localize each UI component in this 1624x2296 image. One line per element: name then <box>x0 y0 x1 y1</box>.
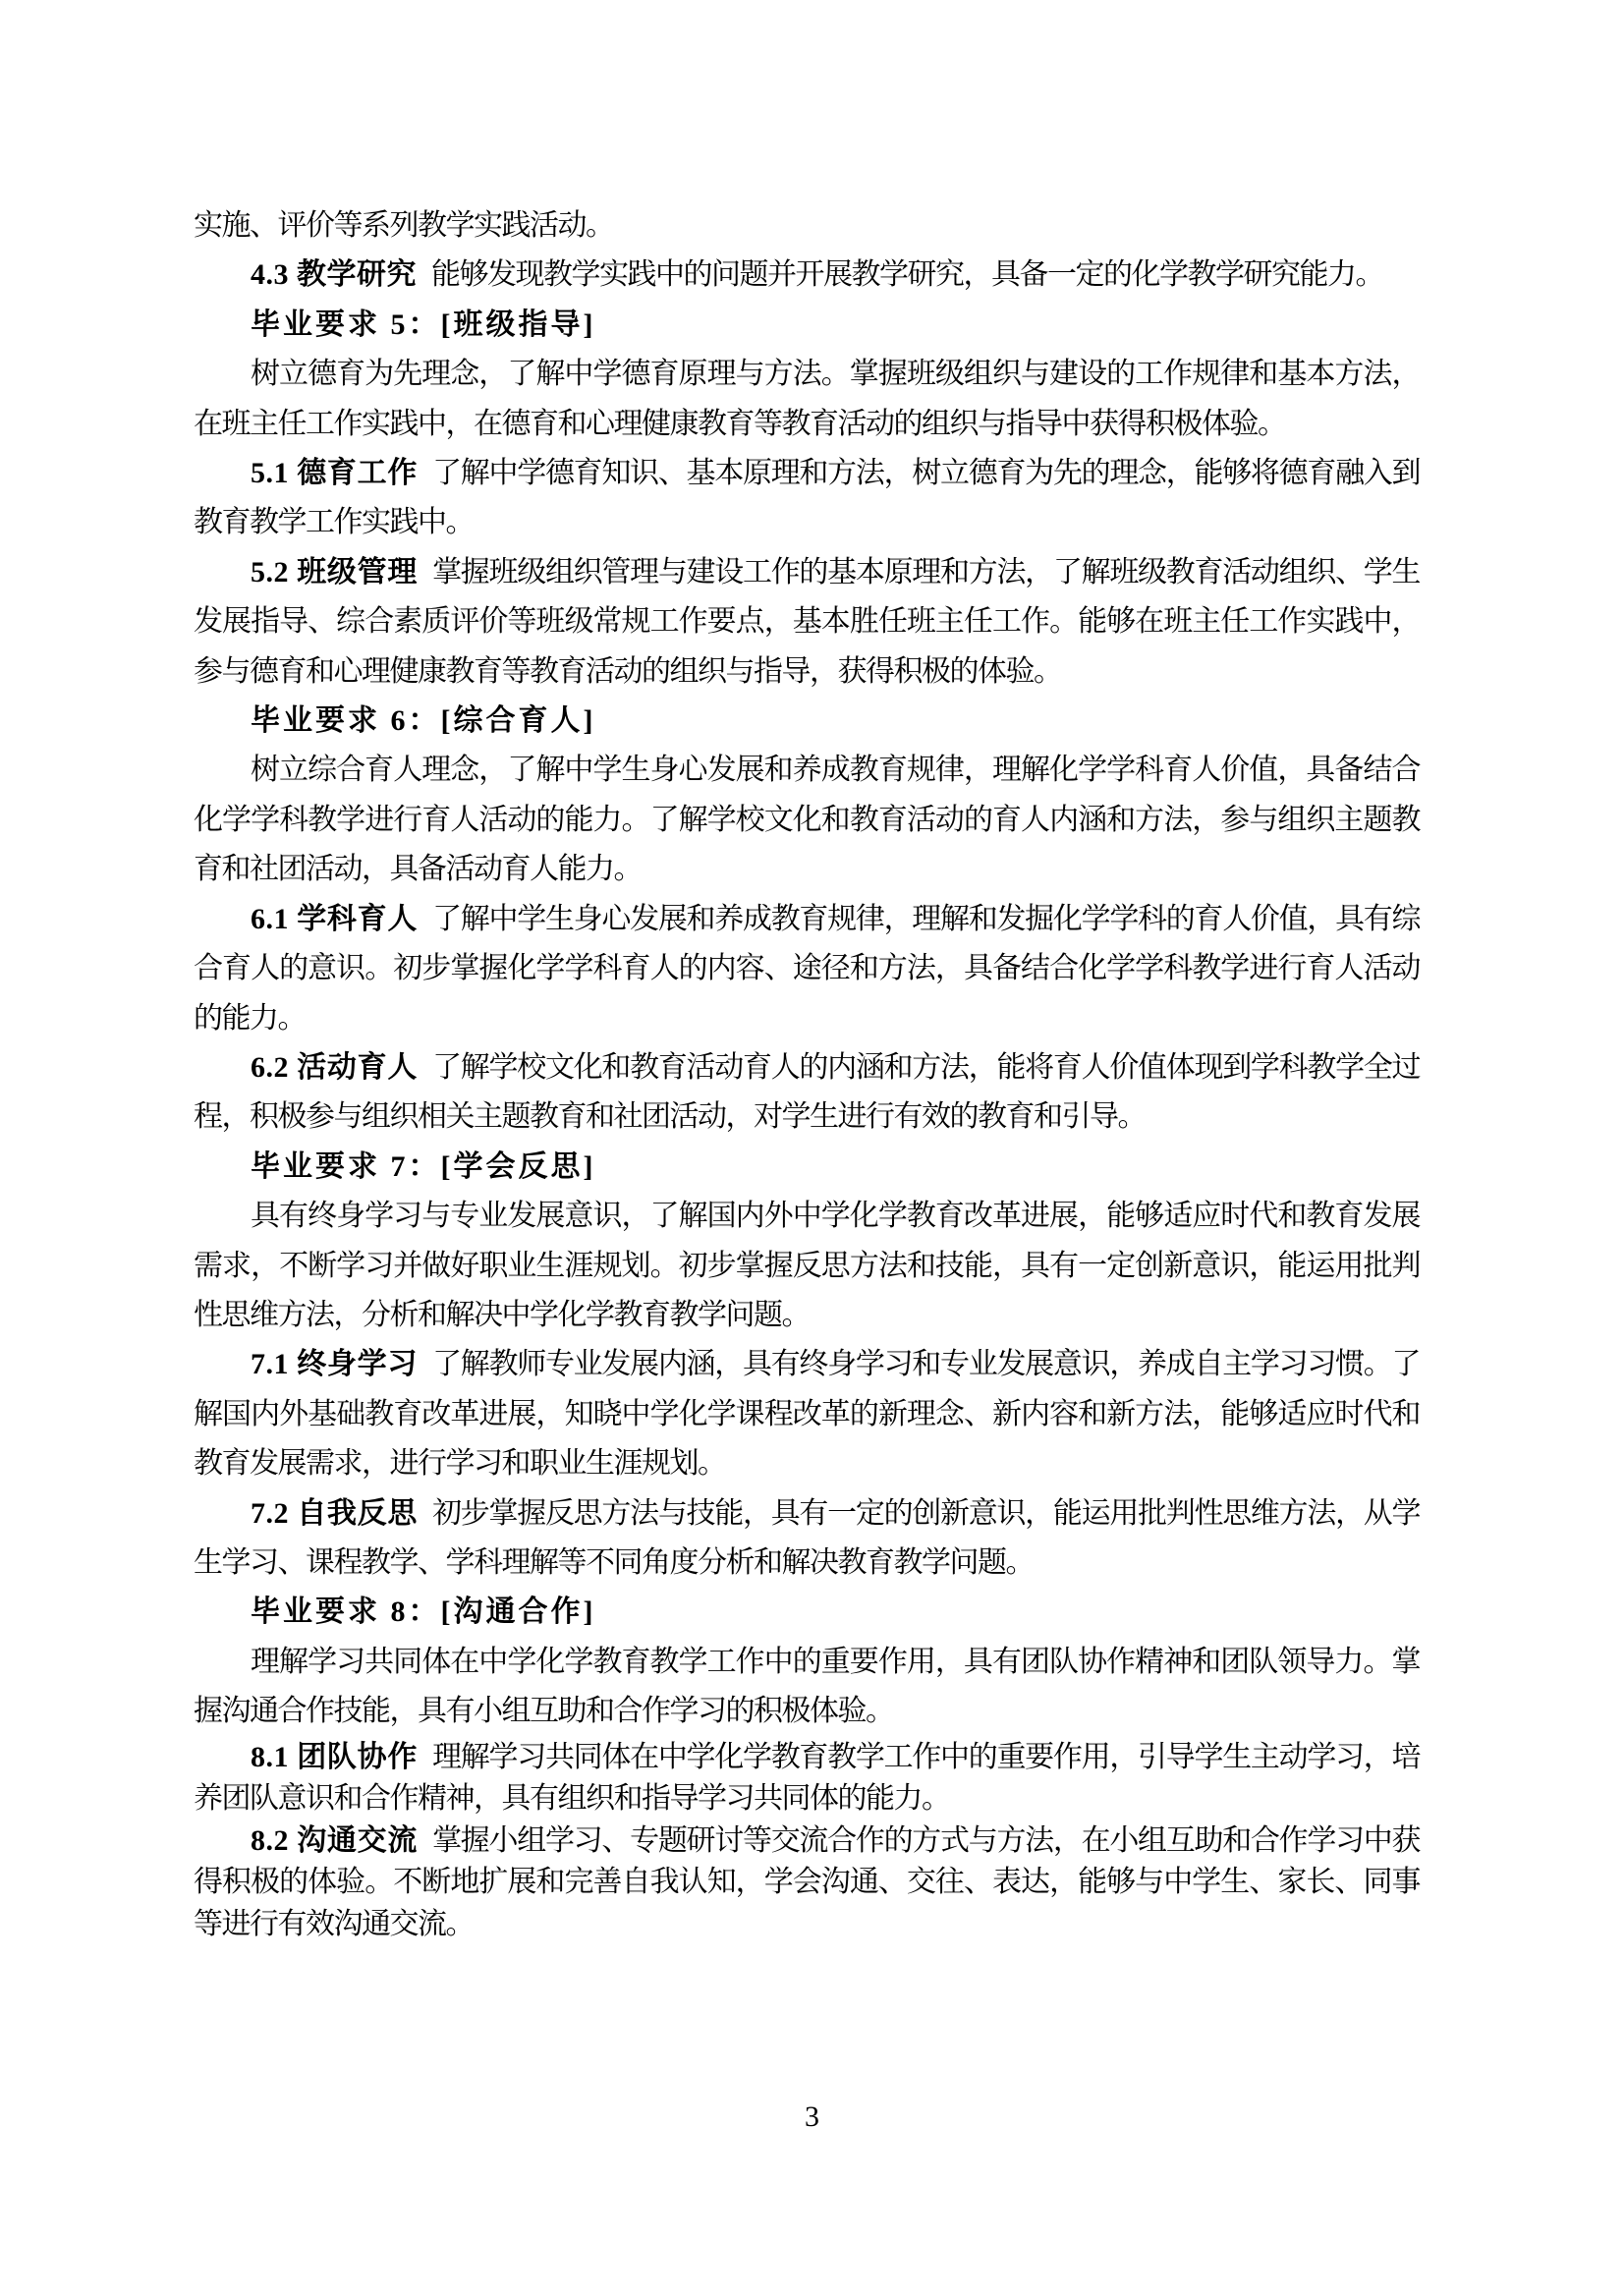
paragraph: 6.1 学科育人了解中学生身心发展和养成教育规律，理解和发掘化学学科的育人价值，… <box>194 895 1420 1043</box>
paragraph: 实施、评价等系列教学实践活动。 <box>194 201 1420 251</box>
paragraph-text: 实施、评价等系列教学实践活动。 <box>194 209 614 242</box>
paragraph-text: 树立德育为先理念，了解中学德育原理与方法。掌握班级组织与建设的工作规律和基本方法… <box>194 358 1420 439</box>
heading-text: 毕业要求 8：[沟通合作] <box>251 1596 595 1628</box>
section-heading: 毕业要求 7：[学会反思] <box>194 1143 1420 1192</box>
paragraph-text: 理解学习共同体在中学化学教育教学工作中的重要作用，具有团队协作精神和团队领导力。… <box>194 1646 1420 1727</box>
paragraph: 4.3 教学研究能够发现教学实践中的问题并开展教学研究，具备一定的化学教学研究能… <box>194 251 1420 300</box>
paragraph: 8.2 沟通交流掌握小组学习、专题研讨等交流合作的方式与方法，在小组互助和合作学… <box>194 1820 1420 1946</box>
paragraph: 树立综合育人理念，了解中学生身心发展和养成教育规律，理解化学学科育人价值，具备结… <box>194 746 1420 894</box>
item-number-title: 5.1 德育工作 <box>251 457 418 489</box>
paragraph: 理解学习共同体在中学化学教育教学工作中的重要作用，具有团队协作精神和团队领导力。… <box>194 1638 1420 1737</box>
paragraph: 7.2 自我反思初步掌握反思方法与技能，具有一定的创新意识，能运用批判性思维方法… <box>194 1489 1420 1589</box>
document-page: 实施、评价等系列教学实践活动。4.3 教学研究能够发现教学实践中的问题并开展教学… <box>0 0 1624 2296</box>
paragraph: 7.1 终身学习了解教师专业发展内涵，具有终身学习和专业发展意识，养成自主学习习… <box>194 1340 1420 1488</box>
paragraph: 5.1 德育工作了解中学德育知识、基本原理和方法，树立德育为先的理念，能够将德育… <box>194 449 1420 548</box>
paragraph-text: 具有终身学习与专业发展意识，了解国内外中学化学教育改革进展，能够适应时代和教育发… <box>194 1200 1420 1331</box>
item-number-title: 5.2 班级管理 <box>251 556 418 588</box>
section-heading: 毕业要求 5：[班级指导] <box>194 301 1420 350</box>
heading-text: 毕业要求 5：[班级指导] <box>251 308 595 341</box>
paragraph-text: 能够发现教学实践中的问题并开展教学研究，具备一定的化学教学研究能力。 <box>431 258 1383 291</box>
paragraph: 具有终身学习与专业发展意识，了解国内外中学化学教育改革进展，能够适应时代和教育发… <box>194 1192 1420 1340</box>
item-number-title: 8.1 团队协作 <box>251 1741 418 1773</box>
page-content: 实施、评价等系列教学实践活动。4.3 教学研究能够发现教学实践中的问题并开展教学… <box>194 201 1420 1945</box>
paragraph-text: 树立综合育人理念，了解中学生身心发展和养成教育规律，理解化学学科育人价值，具备结… <box>194 754 1420 885</box>
heading-text: 毕业要求 6：[综合育人] <box>251 704 595 737</box>
paragraph: 5.2 班级管理掌握班级组织管理与建设工作的基本原理和方法，了解班级教育活动组织… <box>194 548 1420 697</box>
paragraph: 8.1 团队协作理解学习共同体在中学化学教育教学工作中的重要作用，引导学生主动学… <box>194 1737 1420 1820</box>
item-number-title: 6.2 活动育人 <box>251 1051 418 1084</box>
item-number-title: 7.2 自我反思 <box>251 1497 418 1530</box>
section-heading: 毕业要求 8：[沟通合作] <box>194 1588 1420 1637</box>
item-number-title: 4.3 教学研究 <box>251 258 417 291</box>
paragraph: 6.2 活动育人了解学校文化和教育活动育人的内涵和方法，能将育人价值体现到学科教… <box>194 1043 1420 1143</box>
section-heading: 毕业要求 6：[综合育人] <box>194 697 1420 746</box>
paragraph: 树立德育为先理念，了解中学德育原理与方法。掌握班级组织与建设的工作规律和基本方法… <box>194 350 1420 449</box>
page-number: 3 <box>0 2100 1624 2134</box>
item-number-title: 7.1 终身学习 <box>251 1348 418 1380</box>
heading-text: 毕业要求 7：[学会反思] <box>251 1150 595 1183</box>
item-number-title: 8.2 沟通交流 <box>251 1824 418 1857</box>
item-number-title: 6.1 学科育人 <box>251 903 418 935</box>
